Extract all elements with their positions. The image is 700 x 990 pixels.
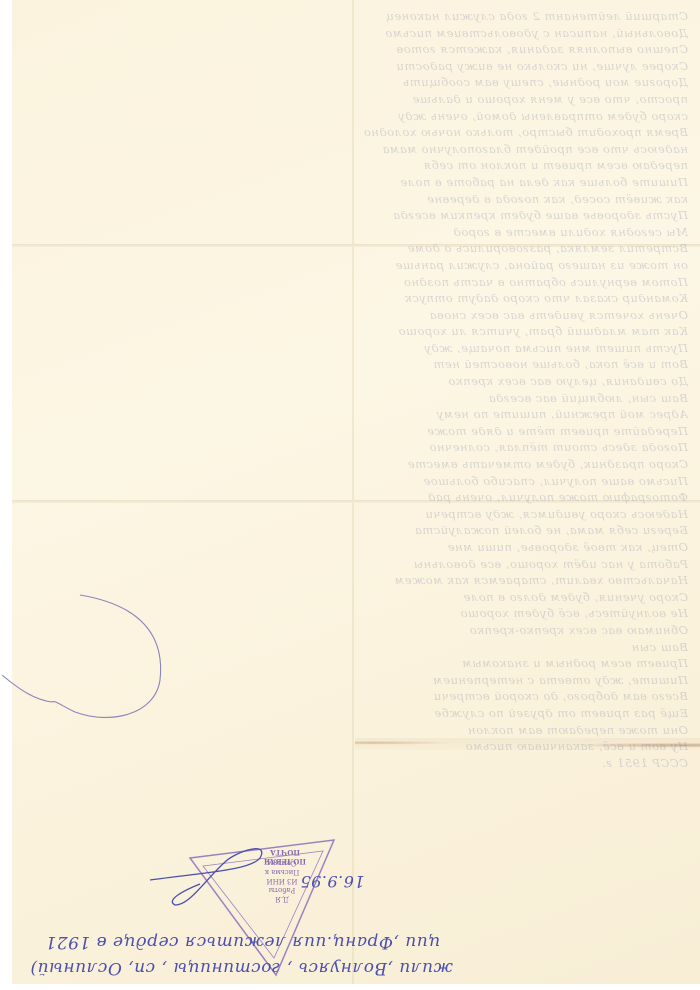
handwriting-line-1: ции ,Франц.иия лежиться сердце в 1921 bbox=[45, 932, 440, 952]
ink-marks bbox=[0, 0, 700, 990]
stamp-top-text: ПОЛЕВАЯ ПОЧТА bbox=[250, 848, 320, 866]
registration-note: 16.9.95 bbox=[300, 872, 365, 891]
handwriting-line-2: жили ,Волнуясь , гостиницы , сп, Ослиный… bbox=[30, 958, 453, 978]
